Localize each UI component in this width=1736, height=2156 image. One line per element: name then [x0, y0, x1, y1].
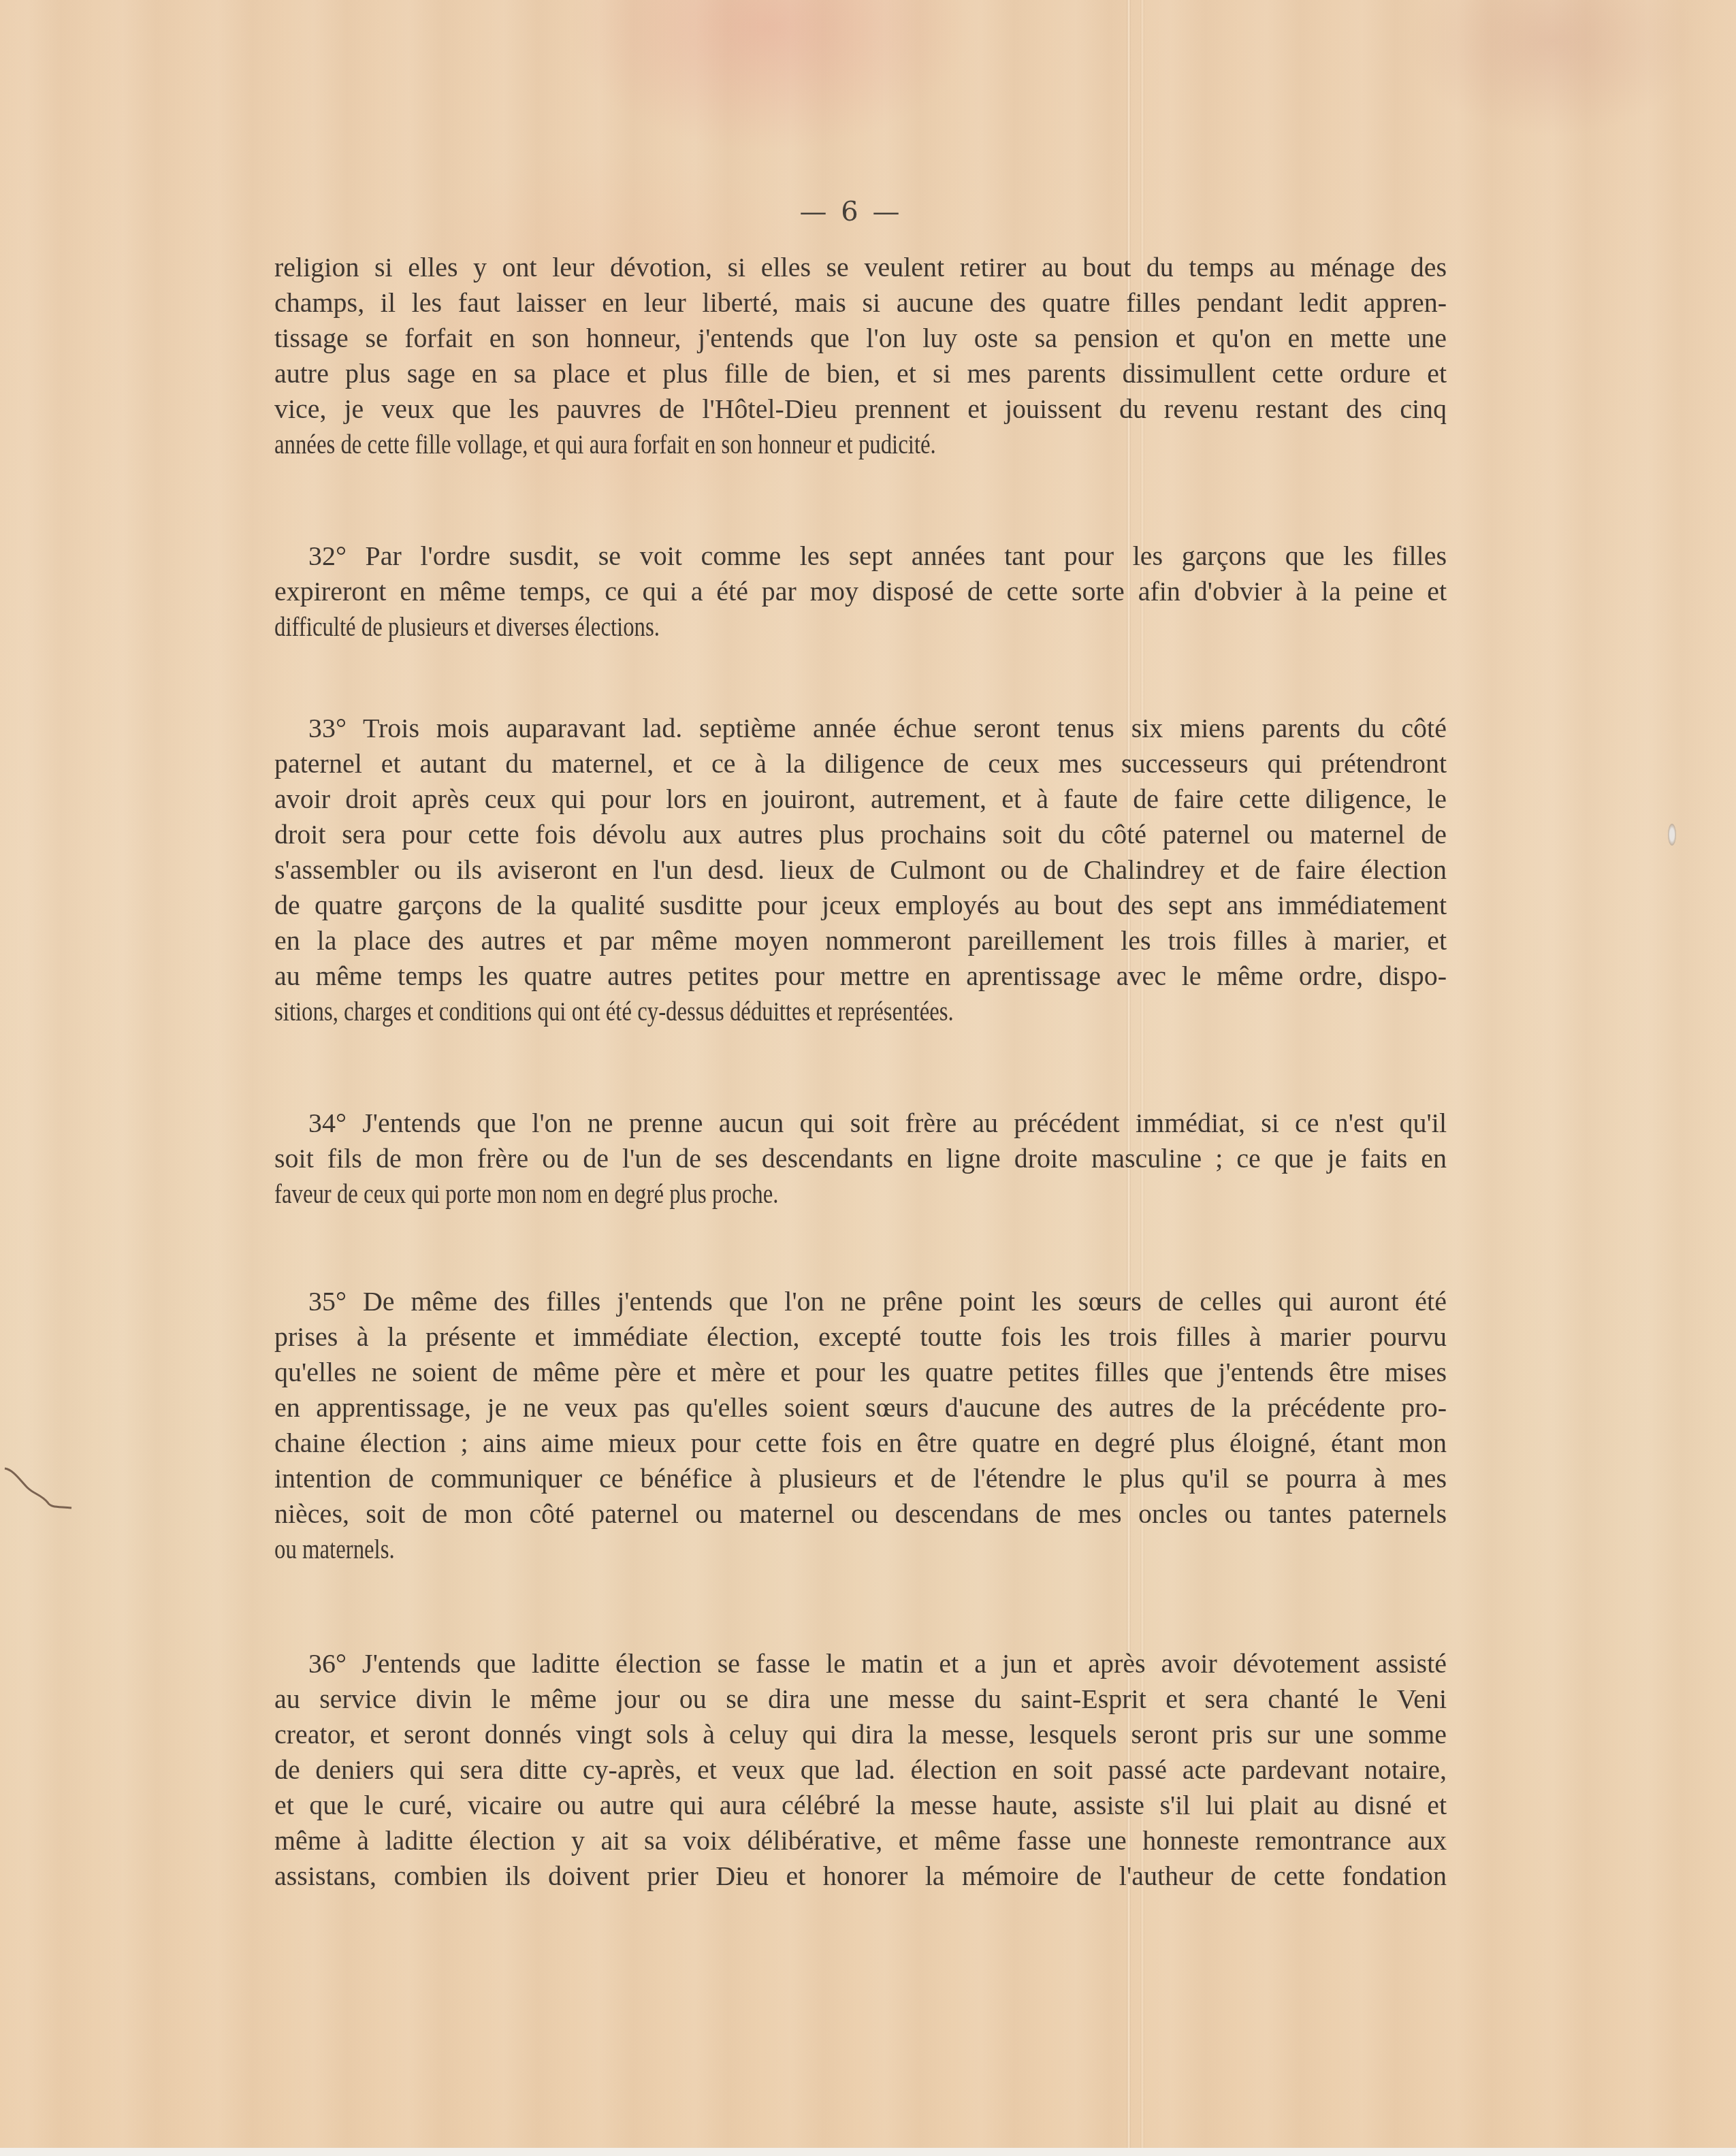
text-line: de deniers qui sera ditte cy-après, et v…: [274, 1755, 1447, 1790]
text-line: années de cette fille vollage, et qui au…: [274, 430, 1447, 465]
text-line: soit fils de mon frère ou de l'un de ses…: [274, 1144, 1447, 1179]
paper-tear-mark: [1668, 824, 1676, 846]
text-line: champs, il les faut laisser en leur libe…: [274, 288, 1447, 323]
text-line: avoir droit après ceux qui pour lors en …: [274, 784, 1447, 820]
text-line: droit sera pour cette fois dévolu aux au…: [274, 820, 1447, 855]
scan-bottom-edge: [0, 2148, 1736, 2156]
text-line: autre plus sage en sa place et plus fill…: [274, 359, 1447, 394]
text-line: intention de communiquer ce bénéfice à p…: [274, 1464, 1447, 1499]
text-line: tissage se forfait en son honneur, j'ent…: [274, 323, 1447, 359]
text-line: et que le curé, vicaire ou autre qui aur…: [274, 1790, 1447, 1826]
text-line: même à laditte élection y ait sa voix dé…: [274, 1826, 1447, 1861]
article-35-first-line: 35° De même des filles j'entends que l'o…: [308, 1287, 1447, 1322]
text-line: religion si elles y ont leur dévotion, s…: [274, 253, 1447, 288]
text-line: chaine élection ; ains aime mieux pour c…: [274, 1428, 1447, 1464]
text-line: expireront en même temps, ce qui a été p…: [274, 577, 1447, 612]
text-line: difficulté de plusieurs et diverses élec…: [274, 612, 1447, 647]
text-line: en la place des autres et par même moyen…: [274, 926, 1447, 961]
text-line: de quatre garçons de la qualité susditte…: [274, 890, 1447, 926]
text-line: assistans, combien ils doivent prier Die…: [274, 1861, 1447, 1897]
text-line: ou maternels.: [274, 1534, 1447, 1570]
text-line: en apprentissage, je ne veux pas qu'elle…: [274, 1393, 1447, 1428]
text-line: au même temps les quatre autres petites …: [274, 961, 1447, 997]
text-line: vice, je veux que les pauvres de l'Hôtel…: [274, 394, 1447, 430]
article-36-first-line: 36° J'entends que laditte élection se fa…: [308, 1649, 1447, 1684]
page-number: — 6 —: [783, 196, 919, 227]
text-line: au service divin le même jour ou se dira…: [274, 1684, 1447, 1720]
text-line: prises à la présente et immédiate électi…: [274, 1322, 1447, 1357]
article-34-first-line: 34° J'entends que l'on ne prenne aucun q…: [308, 1108, 1447, 1144]
article-33-first-line: 33° Trois mois auparavant lad. septième …: [308, 713, 1447, 749]
paper-crack-mark: [3, 1460, 78, 1515]
text-line: sitions, charges et conditions qui ont é…: [274, 997, 1447, 1032]
text-line: paternel et autant du maternel, et ce à …: [274, 749, 1447, 784]
text-line: s'assembler ou ils aviseront en l'un des…: [274, 855, 1447, 890]
text-line: nièces, soit de mon côté paternel ou mat…: [274, 1499, 1447, 1534]
text-line: faveur de ceux qui porte mon nom en degr…: [274, 1179, 1447, 1214]
text-line: qu'elles ne soient de même père et mère …: [274, 1357, 1447, 1393]
article-32-first-line: 32° Par l'ordre susdit, se voit comme le…: [308, 541, 1447, 577]
text-line: creator, et seront donnés vingt sols à c…: [274, 1720, 1447, 1755]
